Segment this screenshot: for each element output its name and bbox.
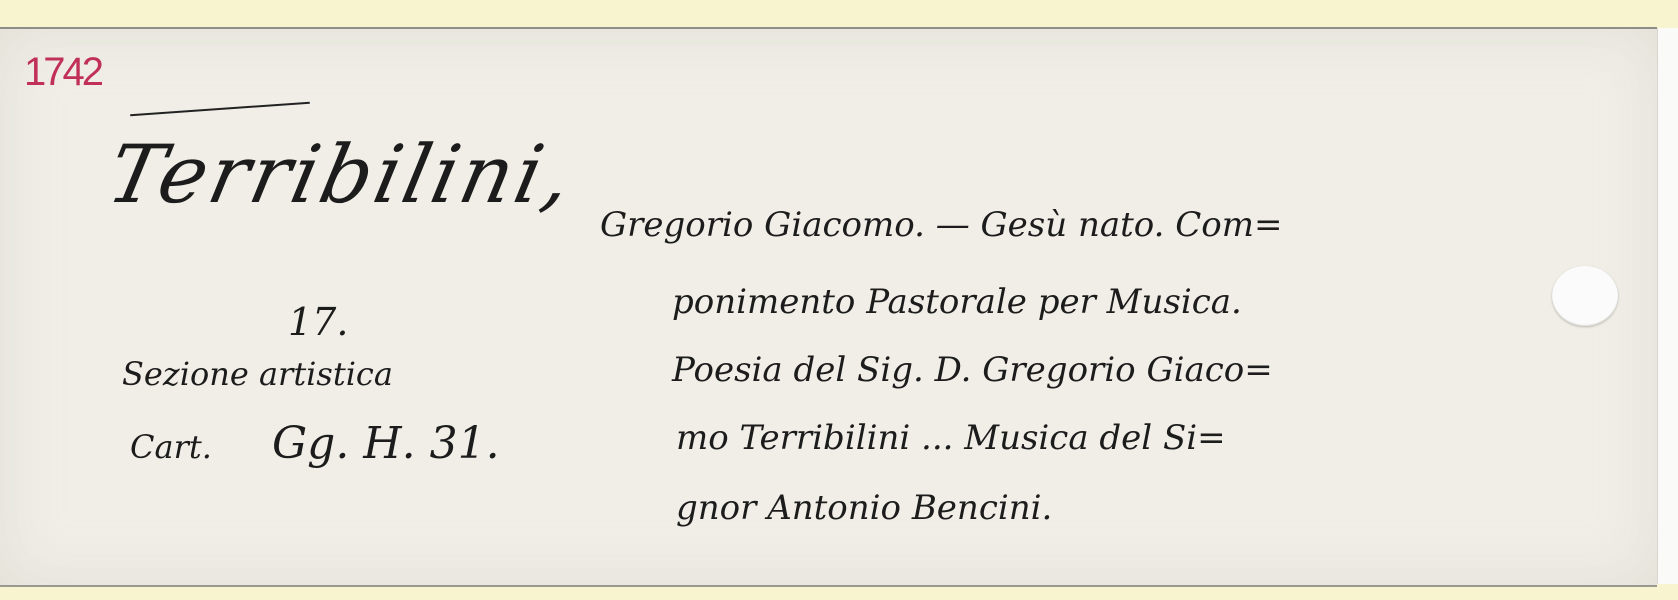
catalog-number: 1742 — [24, 50, 101, 95]
entry-line: Poesia del Sig. D. Gregorio Giaco= — [672, 350, 1273, 390]
entry-line: gnor Antonio Bencini. — [676, 488, 1052, 528]
punch-hole — [1552, 266, 1618, 326]
shelf-number: 17. — [288, 300, 348, 344]
shelfmark-label: Cart. — [130, 428, 212, 466]
shelf-section: Sezione artistica — [122, 355, 393, 393]
author-surname: Terribilini, — [100, 128, 583, 221]
entry-line: Gregorio Giacomo. — Gesù nato. Com= — [600, 205, 1283, 245]
entry-line: mo Terribilini ... Musica del Si= — [676, 418, 1226, 458]
shelfmark-value: Gg. H. 31. — [272, 418, 500, 469]
entry-line: ponimento Pastorale per Musica. — [672, 282, 1242, 322]
card-edge — [1657, 28, 1678, 584]
